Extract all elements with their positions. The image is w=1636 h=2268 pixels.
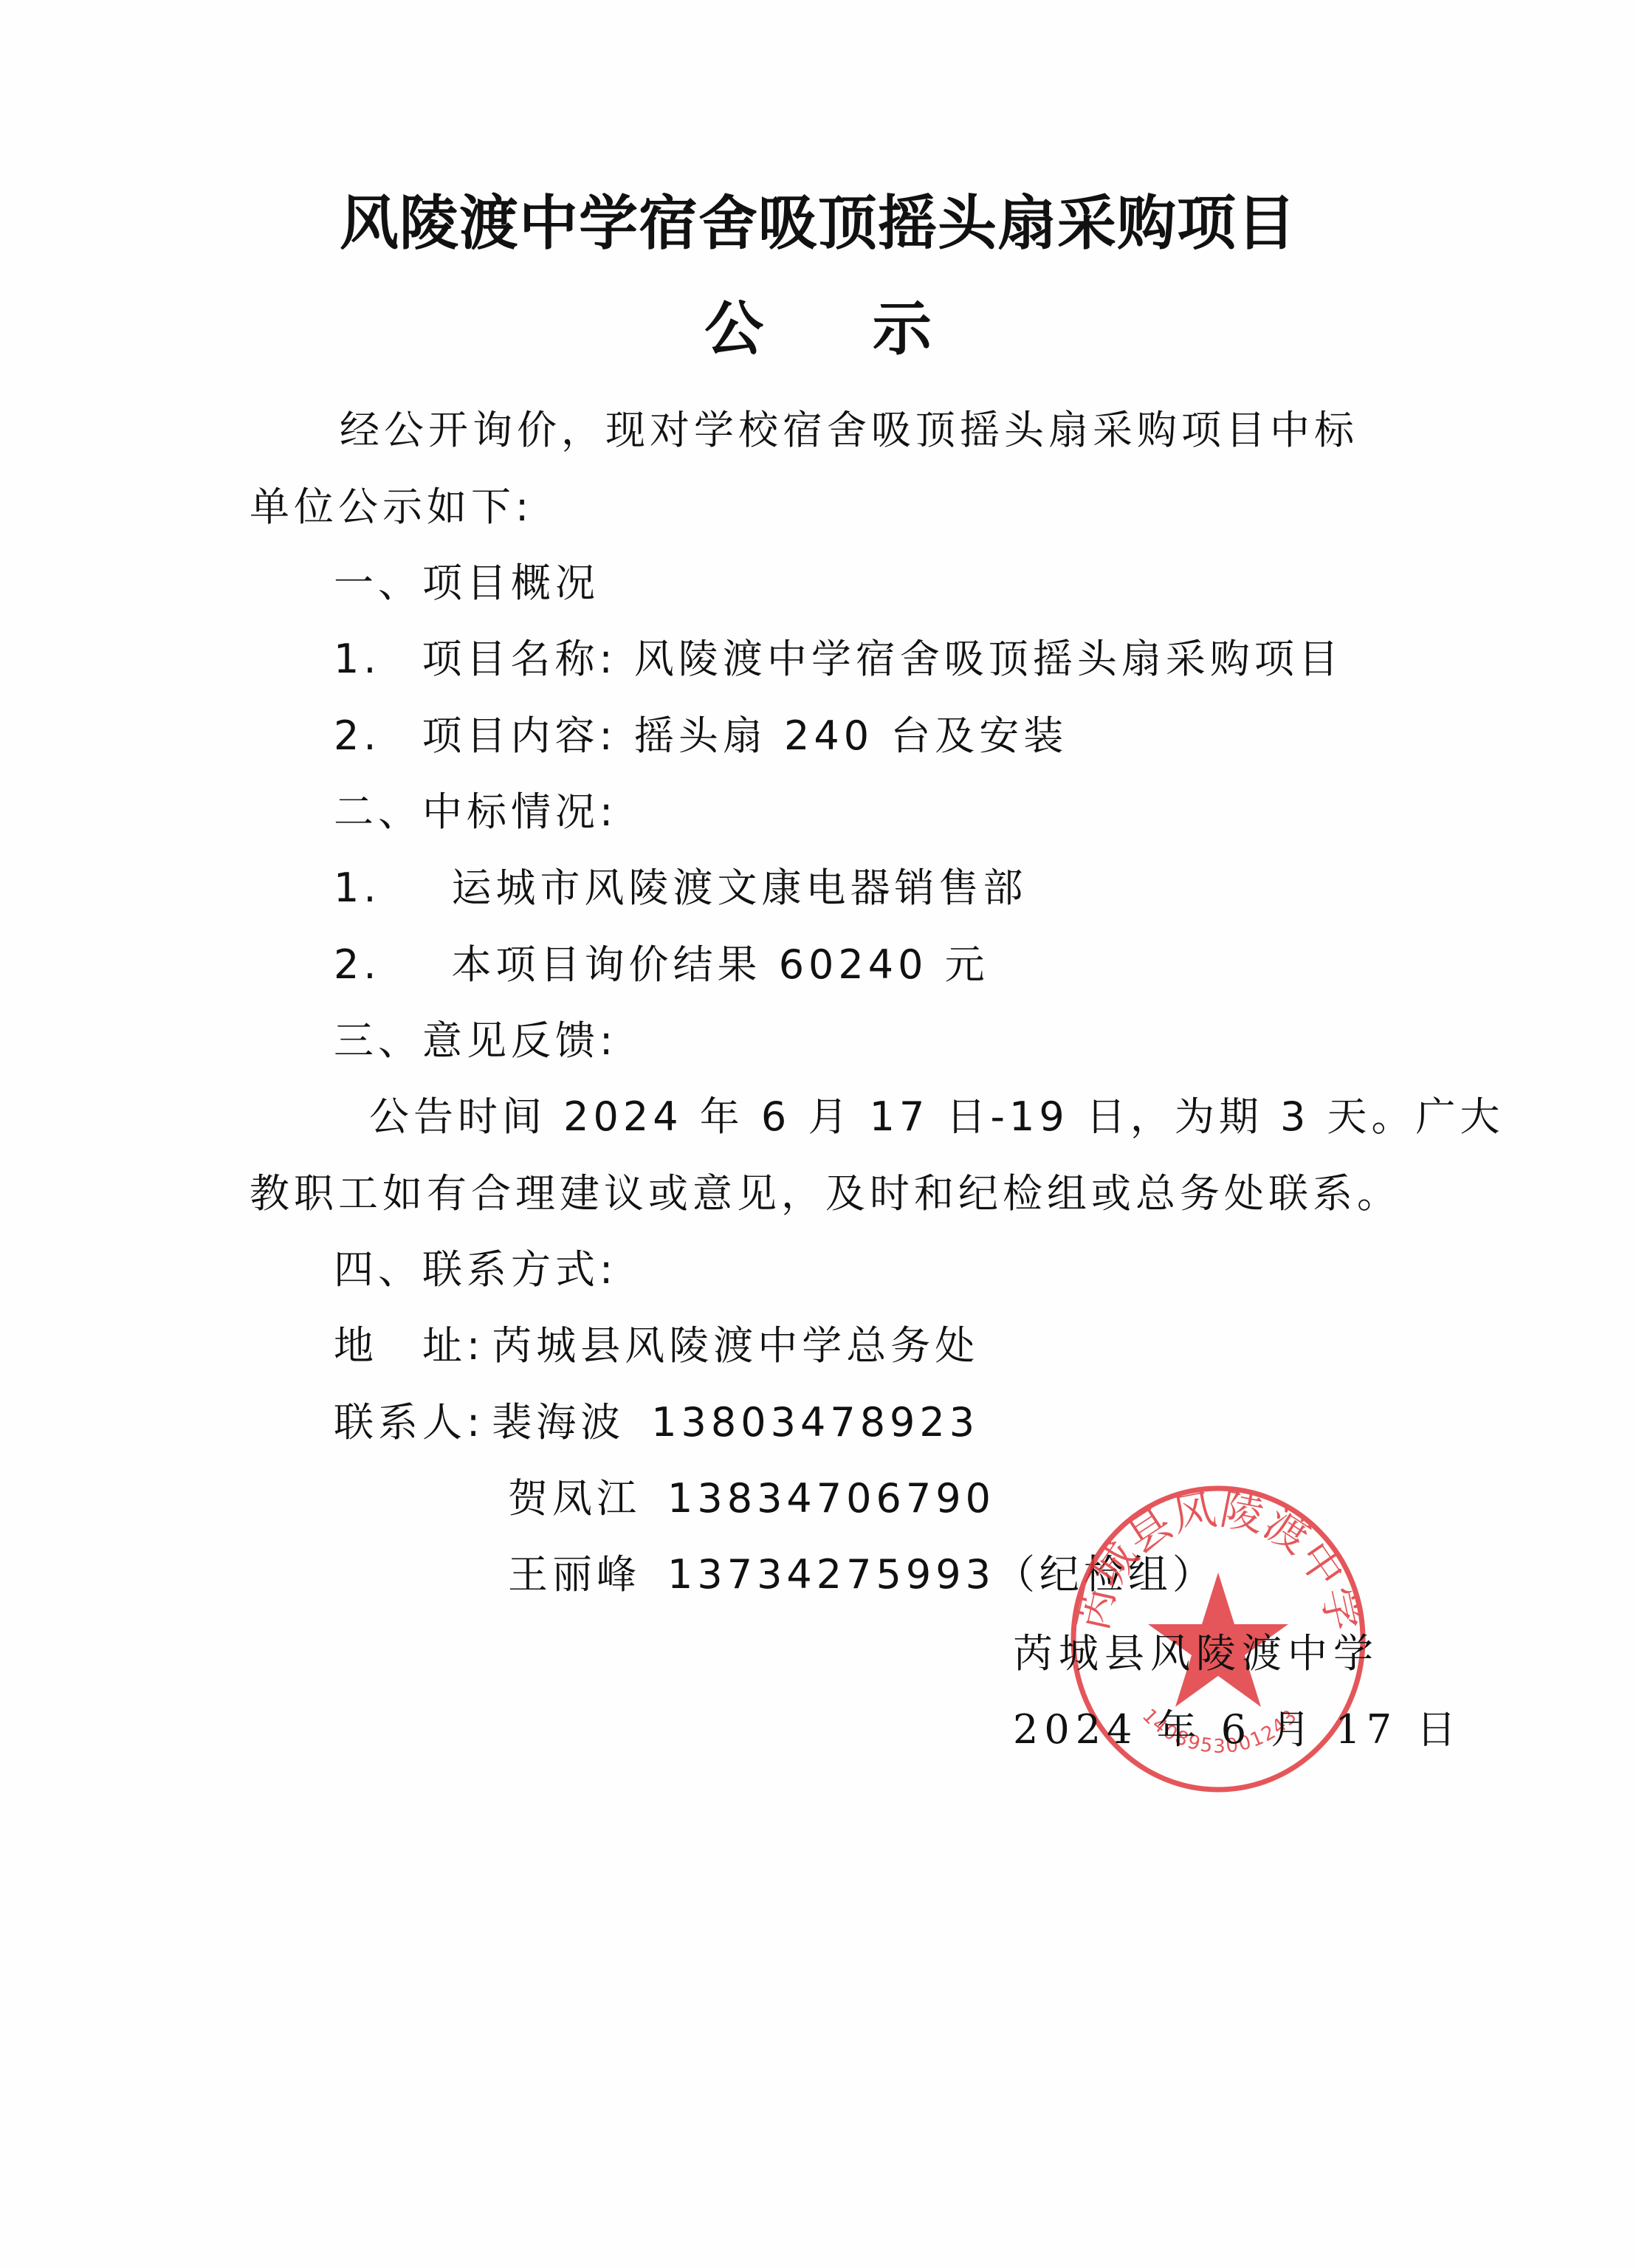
contact-label: 联系人: <box>334 1399 484 1446</box>
feedback-paragraph-line-2: 教职工如有合理建议或意见，及时和纪检组或总务处联系。 <box>250 1168 1401 1220</box>
section-heading-contact: 四、联系方式: <box>334 1244 617 1296</box>
contact-name: 贺凤江 <box>508 1475 641 1522</box>
section-heading-feedback: 三、意见反馈: <box>334 1015 617 1067</box>
address-line: 地 址:芮城县风陵渡中学总务处 <box>334 1320 979 1372</box>
list-item: 2.项目内容: 摇头扇 240 台及安装 <box>334 710 1068 762</box>
item-text: 运城市风陵渡文康电器销售部 <box>452 865 1028 911</box>
item-number: 2. <box>334 939 381 991</box>
document-subtitle: 公 示 <box>0 292 1636 365</box>
section-heading-award: 二、中标情况: <box>334 786 617 838</box>
contact-name: 王丽峰 <box>508 1551 641 1598</box>
item-number: 2. <box>334 710 381 762</box>
item-text: 项目内容: 摇头扇 240 台及安装 <box>422 712 1068 759</box>
section-heading-overview: 一、项目概况 <box>334 557 599 609</box>
list-item: 1.运城市风陵渡文康电器销售部 <box>334 862 1028 914</box>
contact-line: 王丽峰13734275993（纪检组） <box>508 1549 1217 1601</box>
intro-line-2: 单位公示如下: <box>250 481 533 533</box>
signature-date: 2024 年 6 月 17 日 <box>1013 1704 1462 1756</box>
item-number: 1. <box>334 862 381 914</box>
signature-org: 芮城县风陵渡中学 <box>1013 1628 1379 1680</box>
intro-line-1: 经公开询价，现对学校宿舍吸顶摇头扇采购项目中标 <box>340 405 1358 456</box>
item-text: 本项目询价结果 60240 元 <box>452 941 989 988</box>
contact-name: 裴海波 <box>492 1399 625 1446</box>
document-title: 风陵渡中学宿舍吸顶摇头扇采购项目 <box>0 186 1636 260</box>
item-number: 1. <box>334 633 381 685</box>
feedback-paragraph-line-1: 公告时间 2024 年 6 月 17 日-19 日，为期 3 天。广大 <box>369 1091 1505 1143</box>
contact-phone: 13834706790 <box>667 1475 995 1522</box>
address-label: 地 址: <box>334 1322 484 1369</box>
document-page: 风陵渡中学宿舍吸顶摇头扇采购项目 公 示 经公开询价，现对学校宿舍吸顶摇头扇采购… <box>0 0 1636 2268</box>
item-text: 项目名称: 风陵渡中学宿舍吸顶摇头扇采购项目 <box>422 636 1343 682</box>
contact-line: 贺凤江13834706790 <box>508 1473 995 1525</box>
contact-note: （纪检组） <box>995 1551 1217 1598</box>
list-item: 2.本项目询价结果 60240 元 <box>334 939 989 991</box>
contact-phone: 13803478923 <box>651 1399 979 1446</box>
contact-phone: 13734275993 <box>667 1551 995 1598</box>
list-item: 1.项目名称: 风陵渡中学宿舍吸顶摇头扇采购项目 <box>334 633 1343 685</box>
address-value: 芮城县风陵渡中学总务处 <box>492 1322 979 1369</box>
contact-line: 联系人:裴海波13803478923 <box>334 1397 979 1449</box>
